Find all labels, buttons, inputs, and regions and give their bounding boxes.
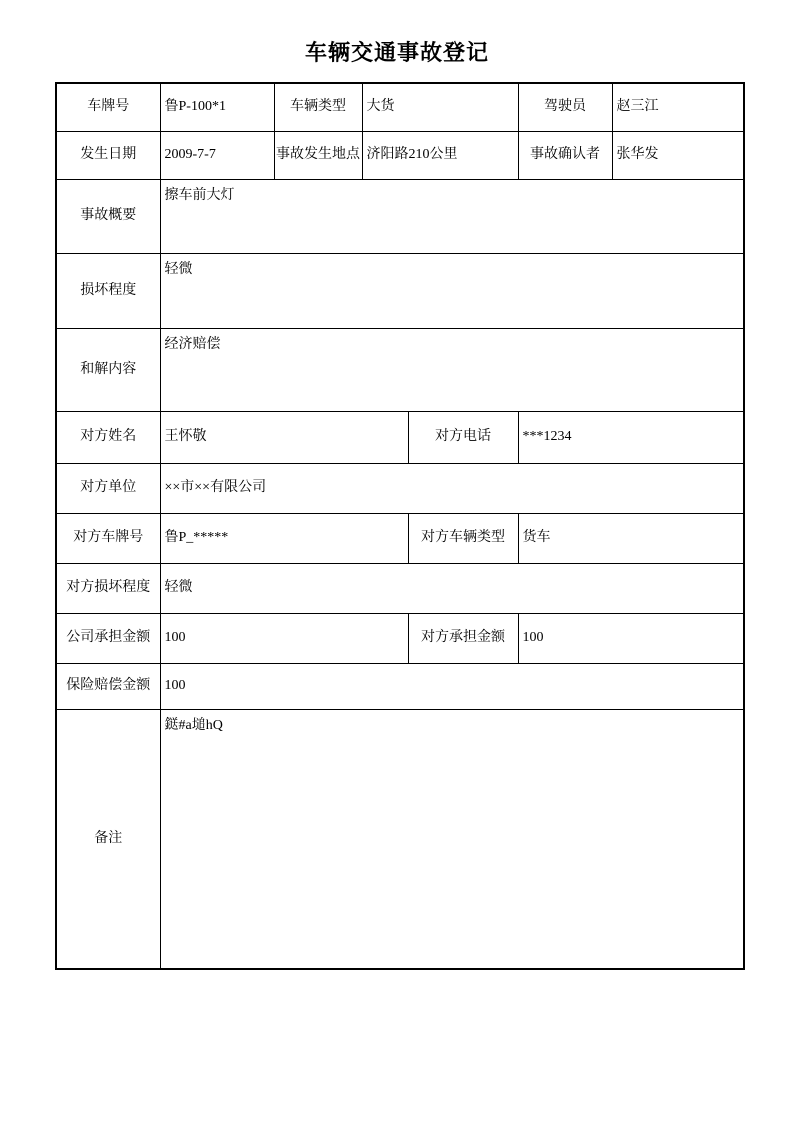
accident-date-value: 2009-7-7 — [160, 131, 274, 179]
other-party-damage-level-value: 轻微 — [160, 563, 744, 613]
accident-summary-label: 事故概要 — [56, 179, 160, 253]
other-party-company-label: 对方单位 — [56, 463, 160, 513]
other-party-company-value: ××市××有限公司 — [160, 463, 744, 513]
other-party-amount-value: 100 — [518, 613, 744, 663]
accident-location-label: 事故发生地点 — [274, 131, 362, 179]
settlement-content-value: 经济赔偿 — [160, 328, 744, 411]
table-row: 备注 鎹#a塠hQ — [56, 709, 744, 969]
other-party-vehicle-type-value: 货车 — [518, 513, 744, 563]
table-row: 对方车牌号 鲁P_***** 对方车辆类型 货车 — [56, 513, 744, 563]
table-row: 对方单位 ××市××有限公司 — [56, 463, 744, 513]
table-row: 对方损坏程度 轻微 — [56, 563, 744, 613]
table-row: 和解内容 经济赔偿 — [56, 328, 744, 411]
other-party-vehicle-type-label: 对方车辆类型 — [408, 513, 518, 563]
table-row: 损坏程度 轻微 — [56, 253, 744, 328]
accident-summary-value: 擦车前大灯 — [160, 179, 744, 253]
accident-confirmer-label: 事故确认者 — [518, 131, 612, 179]
company-amount-value: 100 — [160, 613, 408, 663]
other-party-name-label: 对方姓名 — [56, 411, 160, 463]
table-row: 对方姓名 王怀敬 对方电话 ***1234 — [56, 411, 744, 463]
table-row: 发生日期 2009-7-7 事故发生地点 济阳路210公里 事故确认者 张华发 — [56, 131, 744, 179]
vehicle-type-label: 车辆类型 — [274, 83, 362, 131]
accident-date-label: 发生日期 — [56, 131, 160, 179]
table-row: 保险赔偿金额 100 — [56, 663, 744, 709]
remarks-value: 鎹#a塠hQ — [160, 709, 744, 969]
driver-label: 驾驶员 — [518, 83, 612, 131]
damage-level-label: 损坏程度 — [56, 253, 160, 328]
accident-location-value: 济阳路210公里 — [362, 131, 518, 179]
settlement-content-label: 和解内容 — [56, 328, 160, 411]
damage-level-value: 轻微 — [160, 253, 744, 328]
accident-registration-table: 车牌号 鲁P-100*1 车辆类型 大货 驾驶员 赵三江 发生日期 2009-7… — [55, 82, 745, 970]
other-party-plate-value: 鲁P_***** — [160, 513, 408, 563]
insurance-amount-label: 保险赔偿金额 — [56, 663, 160, 709]
other-party-plate-label: 对方车牌号 — [56, 513, 160, 563]
other-party-phone-value: ***1234 — [518, 411, 744, 463]
other-party-amount-label: 对方承担金额 — [408, 613, 518, 663]
other-party-name-value: 王怀敬 — [160, 411, 408, 463]
vehicle-type-value: 大货 — [362, 83, 518, 131]
other-party-damage-level-label: 对方损坏程度 — [56, 563, 160, 613]
table-row: 公司承担金额 100 对方承担金额 100 — [56, 613, 744, 663]
driver-value: 赵三江 — [612, 83, 744, 131]
plate-number-label: 车牌号 — [56, 83, 160, 131]
remarks-label: 备注 — [56, 709, 160, 969]
table-row: 事故概要 擦车前大灯 — [56, 179, 744, 253]
insurance-amount-value: 100 — [160, 663, 744, 709]
page-title: 车辆交通事故登记 — [0, 36, 794, 67]
other-party-phone-label: 对方电话 — [408, 411, 518, 463]
accident-confirmer-value: 张华发 — [612, 131, 744, 179]
company-amount-label: 公司承担金额 — [56, 613, 160, 663]
plate-number-value: 鲁P-100*1 — [160, 83, 274, 131]
table-row: 车牌号 鲁P-100*1 车辆类型 大货 驾驶员 赵三江 — [56, 83, 744, 131]
